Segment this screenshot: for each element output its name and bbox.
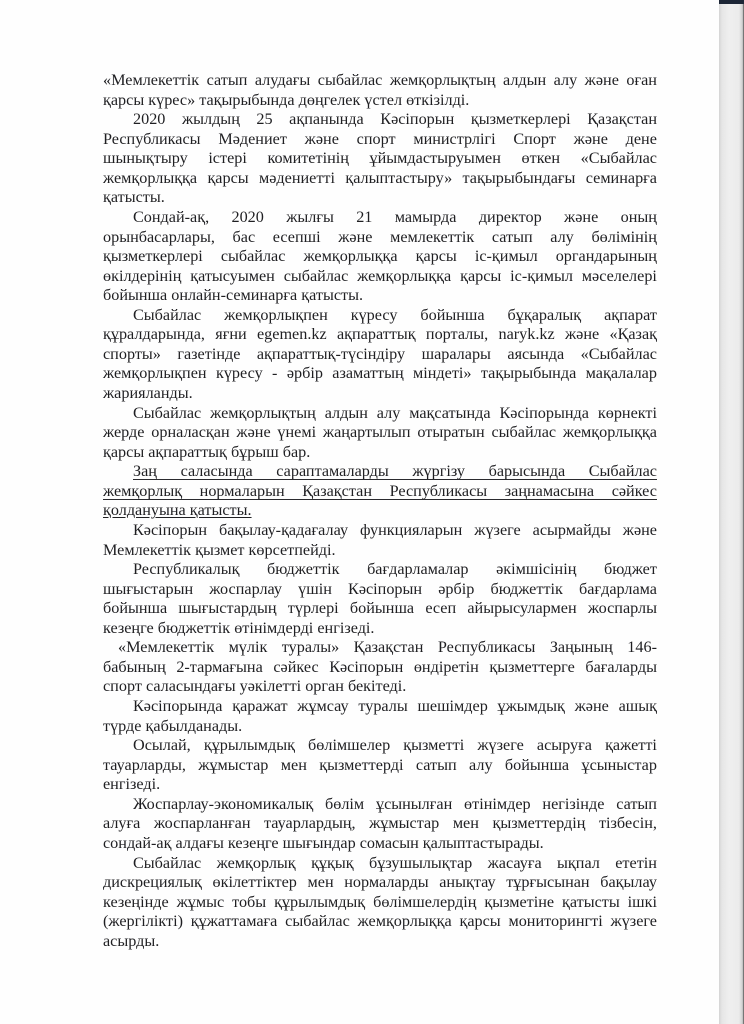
word: және bbox=[574, 130, 608, 150]
word: алу bbox=[550, 228, 574, 248]
word: алудағы bbox=[255, 71, 310, 91]
text-line: жемқорлыққақарсымәдениеттіқалыптастыру»т… bbox=[103, 169, 657, 189]
word: жылдың bbox=[182, 110, 240, 130]
word: 146- bbox=[627, 638, 657, 658]
word: шығыстарын bbox=[103, 580, 193, 600]
word: порталы, bbox=[426, 325, 488, 345]
word: ұсыныстар bbox=[581, 756, 656, 776]
scan-edge-top-band bbox=[719, 0, 744, 4]
word: айырысулармен bbox=[467, 599, 576, 619]
text-line: Кәсіпорынбақылау-қадағалауфункцияларынжү… bbox=[103, 521, 657, 541]
word: сатып bbox=[416, 756, 457, 776]
word: аясында bbox=[507, 345, 564, 365]
word: органдарының bbox=[556, 247, 657, 267]
word: қатысты bbox=[562, 893, 620, 913]
word: Қазақстан bbox=[302, 482, 372, 502]
word: Заңының bbox=[550, 638, 613, 658]
word: асыруға bbox=[537, 736, 592, 756]
word: барысында bbox=[489, 462, 566, 482]
word: шаралары bbox=[422, 345, 491, 365]
word: және bbox=[236, 423, 270, 443]
word: және bbox=[585, 71, 619, 91]
text-line: жемқорлықпенкүресу-әрбіразаматтыңміндеті… bbox=[103, 364, 657, 384]
paragraph-planning-department: Жоспарлау-экономикалықбөлімұсынылғанөтін… bbox=[103, 795, 657, 854]
text-line-underlined: жемқорлықнормаларынҚазақстанРеспубликасы… bbox=[103, 482, 657, 502]
word: «Сыбайлас bbox=[581, 345, 657, 365]
text-line: алуғажоспарланғантауарлардың,жұмыстармен… bbox=[103, 814, 657, 834]
word: бағаларды bbox=[585, 658, 657, 678]
text-line: кезеңіндежұмыстобықұрылымдықбөлімшелерді… bbox=[103, 893, 657, 913]
text-line: орынбасарлары,басесепшіжәнемемлекеттікса… bbox=[103, 228, 657, 248]
word: және bbox=[565, 325, 599, 345]
word: мониторингті bbox=[508, 912, 602, 932]
word: қатысуымен bbox=[190, 267, 275, 287]
word: және bbox=[575, 697, 609, 717]
text-line: құралдарында,яғниegemen.kzақпараттықпорт… bbox=[103, 325, 657, 345]
word: бюджеттік bbox=[490, 580, 562, 600]
text-line: сондай-ақ алдағы кезеңге шығындар сомасы… bbox=[103, 834, 657, 854]
word: «Мемлекеттік bbox=[118, 638, 214, 658]
word: жемқорлықтың bbox=[390, 71, 496, 91]
word: міндеті» bbox=[413, 364, 472, 384]
word: тобы bbox=[232, 893, 266, 913]
word: сәйкес bbox=[612, 482, 657, 502]
text-line: СыбайласжемқорлықтыңалдыналумақсатындаКә… bbox=[103, 404, 657, 424]
word: шынықтыру bbox=[103, 149, 188, 169]
word: egemen.kz bbox=[257, 325, 327, 345]
text-line: 2020жылдың25ақпанындаКәсіпорынқызметкерл… bbox=[103, 110, 657, 130]
word: тақырыбында bbox=[481, 364, 576, 384]
word: дискрециялық bbox=[103, 873, 202, 893]
word: бюджет bbox=[604, 560, 657, 580]
word: Кәсіпорында bbox=[133, 697, 222, 717]
word: орналасқан bbox=[151, 423, 229, 443]
word: Қазақстан bbox=[587, 110, 657, 130]
word: жұмсау bbox=[297, 697, 348, 717]
word: мен bbox=[453, 814, 479, 834]
word: жемқорлыққа bbox=[357, 267, 451, 287]
word: негізінде bbox=[542, 795, 604, 815]
word: өкілеттіктер bbox=[212, 873, 296, 893]
word: оған bbox=[626, 71, 657, 91]
scan-edge-strip bbox=[719, 0, 744, 1024]
text-line: жарияланды. bbox=[103, 384, 657, 404]
word: қызметтердің bbox=[492, 814, 585, 834]
word: мен bbox=[308, 873, 334, 893]
text-line: бойыншашығыстардыңтүрлерібойыншаесепайыр… bbox=[103, 599, 657, 619]
text-line: шығыстарынжоспарлауүшінКәсіпорынәрбірбюд… bbox=[103, 580, 657, 600]
word: құрылымдық bbox=[274, 893, 365, 913]
word: есеп bbox=[425, 599, 456, 619]
word: шешімдер bbox=[417, 697, 487, 717]
word: жоспарлау bbox=[209, 580, 282, 600]
paragraph-monitoring: Сыбайласжемқорлыққұқықбұзушылықтаржасауғ… bbox=[103, 854, 657, 952]
word: Спорт bbox=[513, 130, 556, 150]
word: Республикасы bbox=[438, 638, 536, 658]
word: азаматтың bbox=[332, 364, 403, 384]
text-line: қарсы күрес» тақырыбында дөңгелек үстел … bbox=[103, 91, 657, 111]
word: сыбайлас bbox=[284, 267, 349, 287]
word: жүзеге bbox=[477, 736, 523, 756]
word: жүргізу bbox=[412, 462, 465, 482]
word: жемқорлықпен bbox=[224, 306, 328, 326]
word: мен bbox=[281, 756, 307, 776]
text-line: шынықтыруістерікомитетініңұйымдастыруыме… bbox=[103, 149, 657, 169]
word: naryk.kz bbox=[498, 325, 554, 345]
word: Сыбайлас bbox=[589, 462, 657, 482]
text-line: Осылай,құрылымдықбөлімшелерқызметтіжүзег… bbox=[103, 736, 657, 756]
word: бақылау bbox=[600, 873, 657, 893]
word: сәйкес bbox=[273, 658, 318, 678]
word: шығыстардың bbox=[178, 599, 276, 619]
word: бабының bbox=[103, 658, 166, 678]
word: қызметкерлері bbox=[471, 110, 571, 130]
word: «Сыбайлас bbox=[581, 149, 657, 169]
word: құрылымдық bbox=[204, 736, 295, 756]
word: күресу bbox=[351, 306, 398, 326]
word: есепші bbox=[273, 228, 321, 248]
word: мемлекеттік bbox=[390, 228, 474, 248]
word: «Қазақ bbox=[609, 325, 657, 345]
word: нормаларын bbox=[200, 482, 285, 502]
word: алдын bbox=[503, 71, 546, 91]
text-line: Сондай-ақ,2020жылғы21мамырдадиректоржәне… bbox=[103, 208, 657, 228]
text-line: тауарларды,жұмыстарменқызметтердісатыпал… bbox=[103, 756, 657, 776]
word: бөлімшелер bbox=[308, 736, 390, 756]
word: алдын bbox=[325, 404, 368, 424]
word: Кәсіпорын bbox=[348, 580, 422, 600]
word: іс-қимыл bbox=[475, 247, 538, 267]
text-line: Мемлекеттік қызмет көрсетпейді. bbox=[103, 541, 657, 561]
word: ақпараттық-түсіндіру bbox=[257, 345, 405, 365]
word: ішкі bbox=[628, 893, 657, 913]
word: мәдениетті bbox=[259, 169, 335, 189]
word: жемқорлыққа bbox=[563, 423, 657, 443]
text-line: енгізеді. bbox=[103, 775, 657, 795]
word: функцияларын bbox=[360, 521, 462, 541]
word: бөлімшелердің bbox=[373, 893, 476, 913]
word: алу bbox=[554, 71, 578, 91]
word: асырмайды bbox=[533, 521, 611, 541]
word: жемқорлықпен bbox=[103, 364, 207, 384]
word: өткен bbox=[522, 149, 560, 169]
word: алуға bbox=[103, 814, 140, 834]
word: жаңартылып bbox=[323, 423, 411, 443]
word: орынбасарлары, bbox=[103, 228, 215, 248]
word: жемқорлықтың bbox=[210, 404, 316, 424]
word: қызметтерді bbox=[319, 756, 403, 776]
word: жоспарланған bbox=[154, 814, 251, 834]
word: ықпал bbox=[557, 854, 600, 874]
word: үшін bbox=[298, 580, 332, 600]
word: қарсы bbox=[207, 169, 248, 189]
text-line: қызметкерлерісыбайласжемқорлыққақарсыіс-… bbox=[103, 247, 657, 267]
text-line: асырды. bbox=[103, 932, 657, 952]
word: және bbox=[338, 228, 372, 248]
text-line: «Мемлекеттіксатыпалудағысыбайласжемқорлы… bbox=[103, 71, 657, 91]
word: Республикасы bbox=[390, 482, 488, 502]
word: бюджеттік bbox=[267, 560, 339, 580]
word: бұқаралық bbox=[508, 306, 582, 326]
word: Заң bbox=[133, 462, 157, 482]
word: семинарға bbox=[586, 169, 657, 189]
text-line: өкілдерініңқатысуыменсыбайласжемқорлыққа… bbox=[103, 267, 657, 287]
text-line: бойынша онлайн-семинарға қатысты. bbox=[103, 286, 657, 306]
word: Мәдениет bbox=[218, 130, 287, 150]
word: Кәсіпорында bbox=[499, 404, 588, 424]
word: қызметтерге bbox=[489, 658, 574, 678]
word: 21 bbox=[356, 208, 372, 228]
word: тұрғысынан bbox=[506, 873, 589, 893]
word: сараптамаларды bbox=[276, 462, 388, 482]
word: жемқорлық bbox=[103, 482, 182, 502]
word: жүзеге bbox=[611, 912, 657, 932]
text-line-underlined: Заңсаласындасараптамалардыжүргізубарысын… bbox=[103, 462, 657, 482]
word: ашық bbox=[619, 697, 657, 717]
word: бойынша bbox=[420, 306, 484, 326]
word: қызметіне bbox=[484, 893, 554, 913]
word: Сондай-ақ, bbox=[133, 208, 209, 228]
text-line: қарсы ақпараттық бұрыш бар. bbox=[103, 443, 657, 463]
text-line: бабының2-тармағынасәйкесКәсіпорынөндірет… bbox=[103, 658, 657, 678]
word: алу bbox=[469, 756, 493, 776]
word: спорты» bbox=[103, 345, 161, 365]
word: тақырыбындағы bbox=[463, 169, 576, 189]
word: Республикасы bbox=[103, 130, 201, 150]
word: және bbox=[623, 521, 657, 541]
word: және bbox=[564, 208, 598, 228]
word: қажетті bbox=[605, 736, 657, 756]
paragraph-seminar-feb: 2020жылдың25ақпанындаКәсіпорынқызметкерл… bbox=[103, 110, 657, 208]
word: газетінде bbox=[177, 345, 240, 365]
word: әрбір bbox=[287, 364, 323, 384]
word: кезеңінде bbox=[103, 893, 169, 913]
word: спорт bbox=[357, 130, 396, 150]
word: қарсы bbox=[459, 912, 500, 932]
paragraph-state-property-law: «Мемлекеттікмүліктуралы»ҚазақстанРеспубл… bbox=[103, 638, 657, 697]
word: түрлері bbox=[288, 599, 339, 619]
word: ұйымдастыруымен bbox=[370, 149, 501, 169]
word: бөлім bbox=[325, 795, 364, 815]
text-line: түрде қабылданады. bbox=[103, 717, 657, 737]
word: көрнекті bbox=[598, 404, 657, 424]
word: сыбайлас bbox=[318, 71, 383, 91]
word: жүзеге bbox=[474, 521, 520, 541]
paragraph-procurement-proposals: Осылай,құрылымдықбөлімшелерқызметтіжүзег… bbox=[103, 736, 657, 795]
word: сатып bbox=[492, 228, 533, 248]
text-line: жердеорналасқанжәнеүнеміжаңартылыпотырат… bbox=[103, 423, 657, 443]
word: қызметкерлері bbox=[103, 247, 203, 267]
word: істері bbox=[208, 149, 247, 169]
word: сатып bbox=[616, 795, 657, 815]
word: дене bbox=[626, 130, 657, 150]
word: бағдарламалар bbox=[367, 560, 468, 580]
word: құралдарында, bbox=[103, 325, 205, 345]
text-line: Сыбайласжемқорлыққұқықбұзушылықтаржасауғ… bbox=[103, 854, 657, 874]
word: үнемі bbox=[277, 423, 316, 443]
word: жемқорлыққа bbox=[103, 169, 197, 189]
word: жоспарлы bbox=[588, 599, 657, 619]
text-line: Республикалықбюджеттікбағдарламаларәкімш… bbox=[103, 560, 657, 580]
word: бақылау-қадағалау bbox=[219, 521, 348, 541]
text-line: спорты»газетіндеақпараттық-түсіндірушара… bbox=[103, 345, 657, 365]
word: Кәсіпорын bbox=[133, 521, 207, 541]
word: министрлігі bbox=[413, 130, 495, 150]
word: мақсатында bbox=[409, 404, 490, 424]
word: жемқорлыққа bbox=[303, 247, 397, 267]
word: туралы bbox=[358, 697, 407, 717]
word: 2020 bbox=[231, 208, 263, 228]
word: құжаттамаға bbox=[191, 912, 278, 932]
word: және bbox=[305, 130, 339, 150]
text-line: Жоспарлау-экономикалықбөлімұсынылғанөтін… bbox=[103, 795, 657, 815]
word: нормаларды bbox=[344, 873, 428, 893]
word: бойынша bbox=[350, 599, 414, 619]
paragraph-online-seminar: Сондай-ақ,2020жылғы21мамырдадиректоржәне… bbox=[103, 208, 657, 306]
word: заңнамасына bbox=[505, 482, 594, 502]
word: Кәсіпорын bbox=[329, 658, 403, 678]
word: жылғы bbox=[286, 208, 334, 228]
paragraph-spending-decisions: Кәсіпорындақаражатжұмсаутуралышешімдерұж… bbox=[103, 697, 657, 736]
word: яғни bbox=[215, 325, 246, 345]
word: - bbox=[272, 364, 277, 384]
word: жұмыстар bbox=[369, 814, 439, 834]
word: Сыбайлас bbox=[133, 306, 201, 326]
word: бұзушылықтар bbox=[369, 854, 472, 874]
word: жемқорлыққа bbox=[358, 912, 452, 932]
word: жасауға bbox=[488, 854, 542, 874]
word: жерде bbox=[103, 423, 144, 443]
word: құқық bbox=[311, 854, 354, 874]
word: тізбесін, bbox=[599, 814, 657, 834]
word: ақпараттық bbox=[337, 325, 416, 345]
word: туралы» bbox=[282, 638, 339, 658]
word: Осылай, bbox=[133, 736, 191, 756]
word: ететін bbox=[615, 854, 657, 874]
word: 2-тармағына bbox=[176, 658, 262, 678]
word: ақпанында bbox=[289, 110, 364, 130]
word: Сыбайлас bbox=[133, 854, 201, 874]
text-line: дискрециялықөкілеттіктерменнормалардыаны… bbox=[103, 873, 657, 893]
word: Кәсіпорын bbox=[380, 110, 454, 130]
word: отыратын bbox=[417, 423, 484, 443]
word: сыбайлас bbox=[285, 912, 350, 932]
word: алу bbox=[377, 404, 401, 424]
word: мәселелері bbox=[582, 267, 657, 287]
text-line: кезеңге бюджеттік өтінімдерді енгізеді. bbox=[103, 619, 657, 639]
paragraph-continuation: «Мемлекеттіксатыпалудағысыбайласжемқорлы… bbox=[103, 71, 657, 110]
word: 25 bbox=[256, 110, 272, 130]
text-line-underlined: қолдануына қатысты. bbox=[103, 501, 657, 521]
word: тауарларды, bbox=[103, 756, 186, 776]
word: жемқорлық bbox=[217, 854, 296, 874]
word: бөлімінің bbox=[591, 228, 656, 248]
word: мүлік bbox=[229, 638, 268, 658]
word: бойынша bbox=[103, 599, 167, 619]
word: сыбайлас bbox=[221, 247, 286, 267]
word: Сыбайлас bbox=[133, 404, 201, 424]
text-line: спорт саласындағы уәкілетті орган бекіте… bbox=[103, 677, 657, 697]
word: Жоспарлау-экономикалық bbox=[133, 795, 313, 815]
word: бойынша bbox=[505, 756, 569, 776]
word: Республикалық bbox=[133, 560, 239, 580]
text-line: Сыбайласжемқорлықпенкүресубойыншабұқарал… bbox=[103, 306, 657, 326]
word: мамырда bbox=[395, 208, 457, 228]
text-line: «Мемлекеттікмүліктуралы»ҚазақстанРеспубл… bbox=[103, 638, 657, 658]
word: қалыптастыру» bbox=[345, 169, 452, 189]
word: қарсы bbox=[460, 267, 501, 287]
text-line: қатысты. bbox=[103, 188, 657, 208]
word: бағдарлама bbox=[579, 580, 657, 600]
word: ұсынылған bbox=[376, 795, 452, 815]
word: өкілдерінің bbox=[103, 267, 181, 287]
text-line: Кәсіпорындақаражатжұмсаутуралышешімдерұж… bbox=[103, 697, 657, 717]
word: директор bbox=[479, 208, 542, 228]
word: өндіретін bbox=[414, 658, 479, 678]
word: жұмыстар bbox=[198, 756, 268, 776]
word: іс-қимыл bbox=[510, 267, 573, 287]
word: қарсы bbox=[416, 247, 457, 267]
text-line: РеспубликасыМәдениетжәнеспортминистрлігі… bbox=[103, 130, 657, 150]
word: «Мемлекеттік bbox=[103, 71, 199, 91]
word: қаражат bbox=[232, 697, 287, 717]
word: саласында bbox=[181, 462, 253, 482]
word: әкімшісінің bbox=[496, 560, 576, 580]
document-body: «Мемлекеттіксатыпалудағысыбайласжемқорлы… bbox=[103, 71, 657, 951]
word: тауарлардың, bbox=[264, 814, 356, 834]
word: мақалалар bbox=[586, 364, 657, 384]
word: анықтау bbox=[439, 873, 495, 893]
word: бас bbox=[233, 228, 256, 248]
paragraph-legal-expertise-underlined: Заңсаласындасараптамалардыжүргізубарысын… bbox=[103, 462, 657, 521]
text-line: (жергілікті)құжаттамағасыбайласжемқорлық… bbox=[103, 912, 657, 932]
word: комитетінің bbox=[268, 149, 349, 169]
word: күресу bbox=[216, 364, 263, 384]
paragraph-media: Сыбайласжемқорлықпенкүресубойыншабұқарал… bbox=[103, 306, 657, 404]
word: ақпарат bbox=[604, 306, 657, 326]
word: Қазақстан bbox=[354, 638, 424, 658]
word: сыбайлас bbox=[491, 423, 556, 443]
word: оның bbox=[621, 208, 657, 228]
word: ұжымдық bbox=[498, 697, 565, 717]
word: 2020 bbox=[133, 110, 165, 130]
word: жұмыс bbox=[177, 893, 225, 913]
word: әрбір bbox=[438, 580, 474, 600]
paragraph-info-corner: СыбайласжемқорлықтыңалдыналумақсатындаКә… bbox=[103, 404, 657, 463]
paragraph-budget: Республикалықбюджеттікбағдарламаларәкімш… bbox=[103, 560, 657, 638]
word: өтінімдер bbox=[464, 795, 531, 815]
paragraph-supervision: Кәсіпорынбақылау-қадағалауфункцияларынжү… bbox=[103, 521, 657, 560]
word: қызметті bbox=[403, 736, 464, 756]
word: (жергілікті) bbox=[103, 912, 183, 932]
word: сатып bbox=[207, 71, 248, 91]
